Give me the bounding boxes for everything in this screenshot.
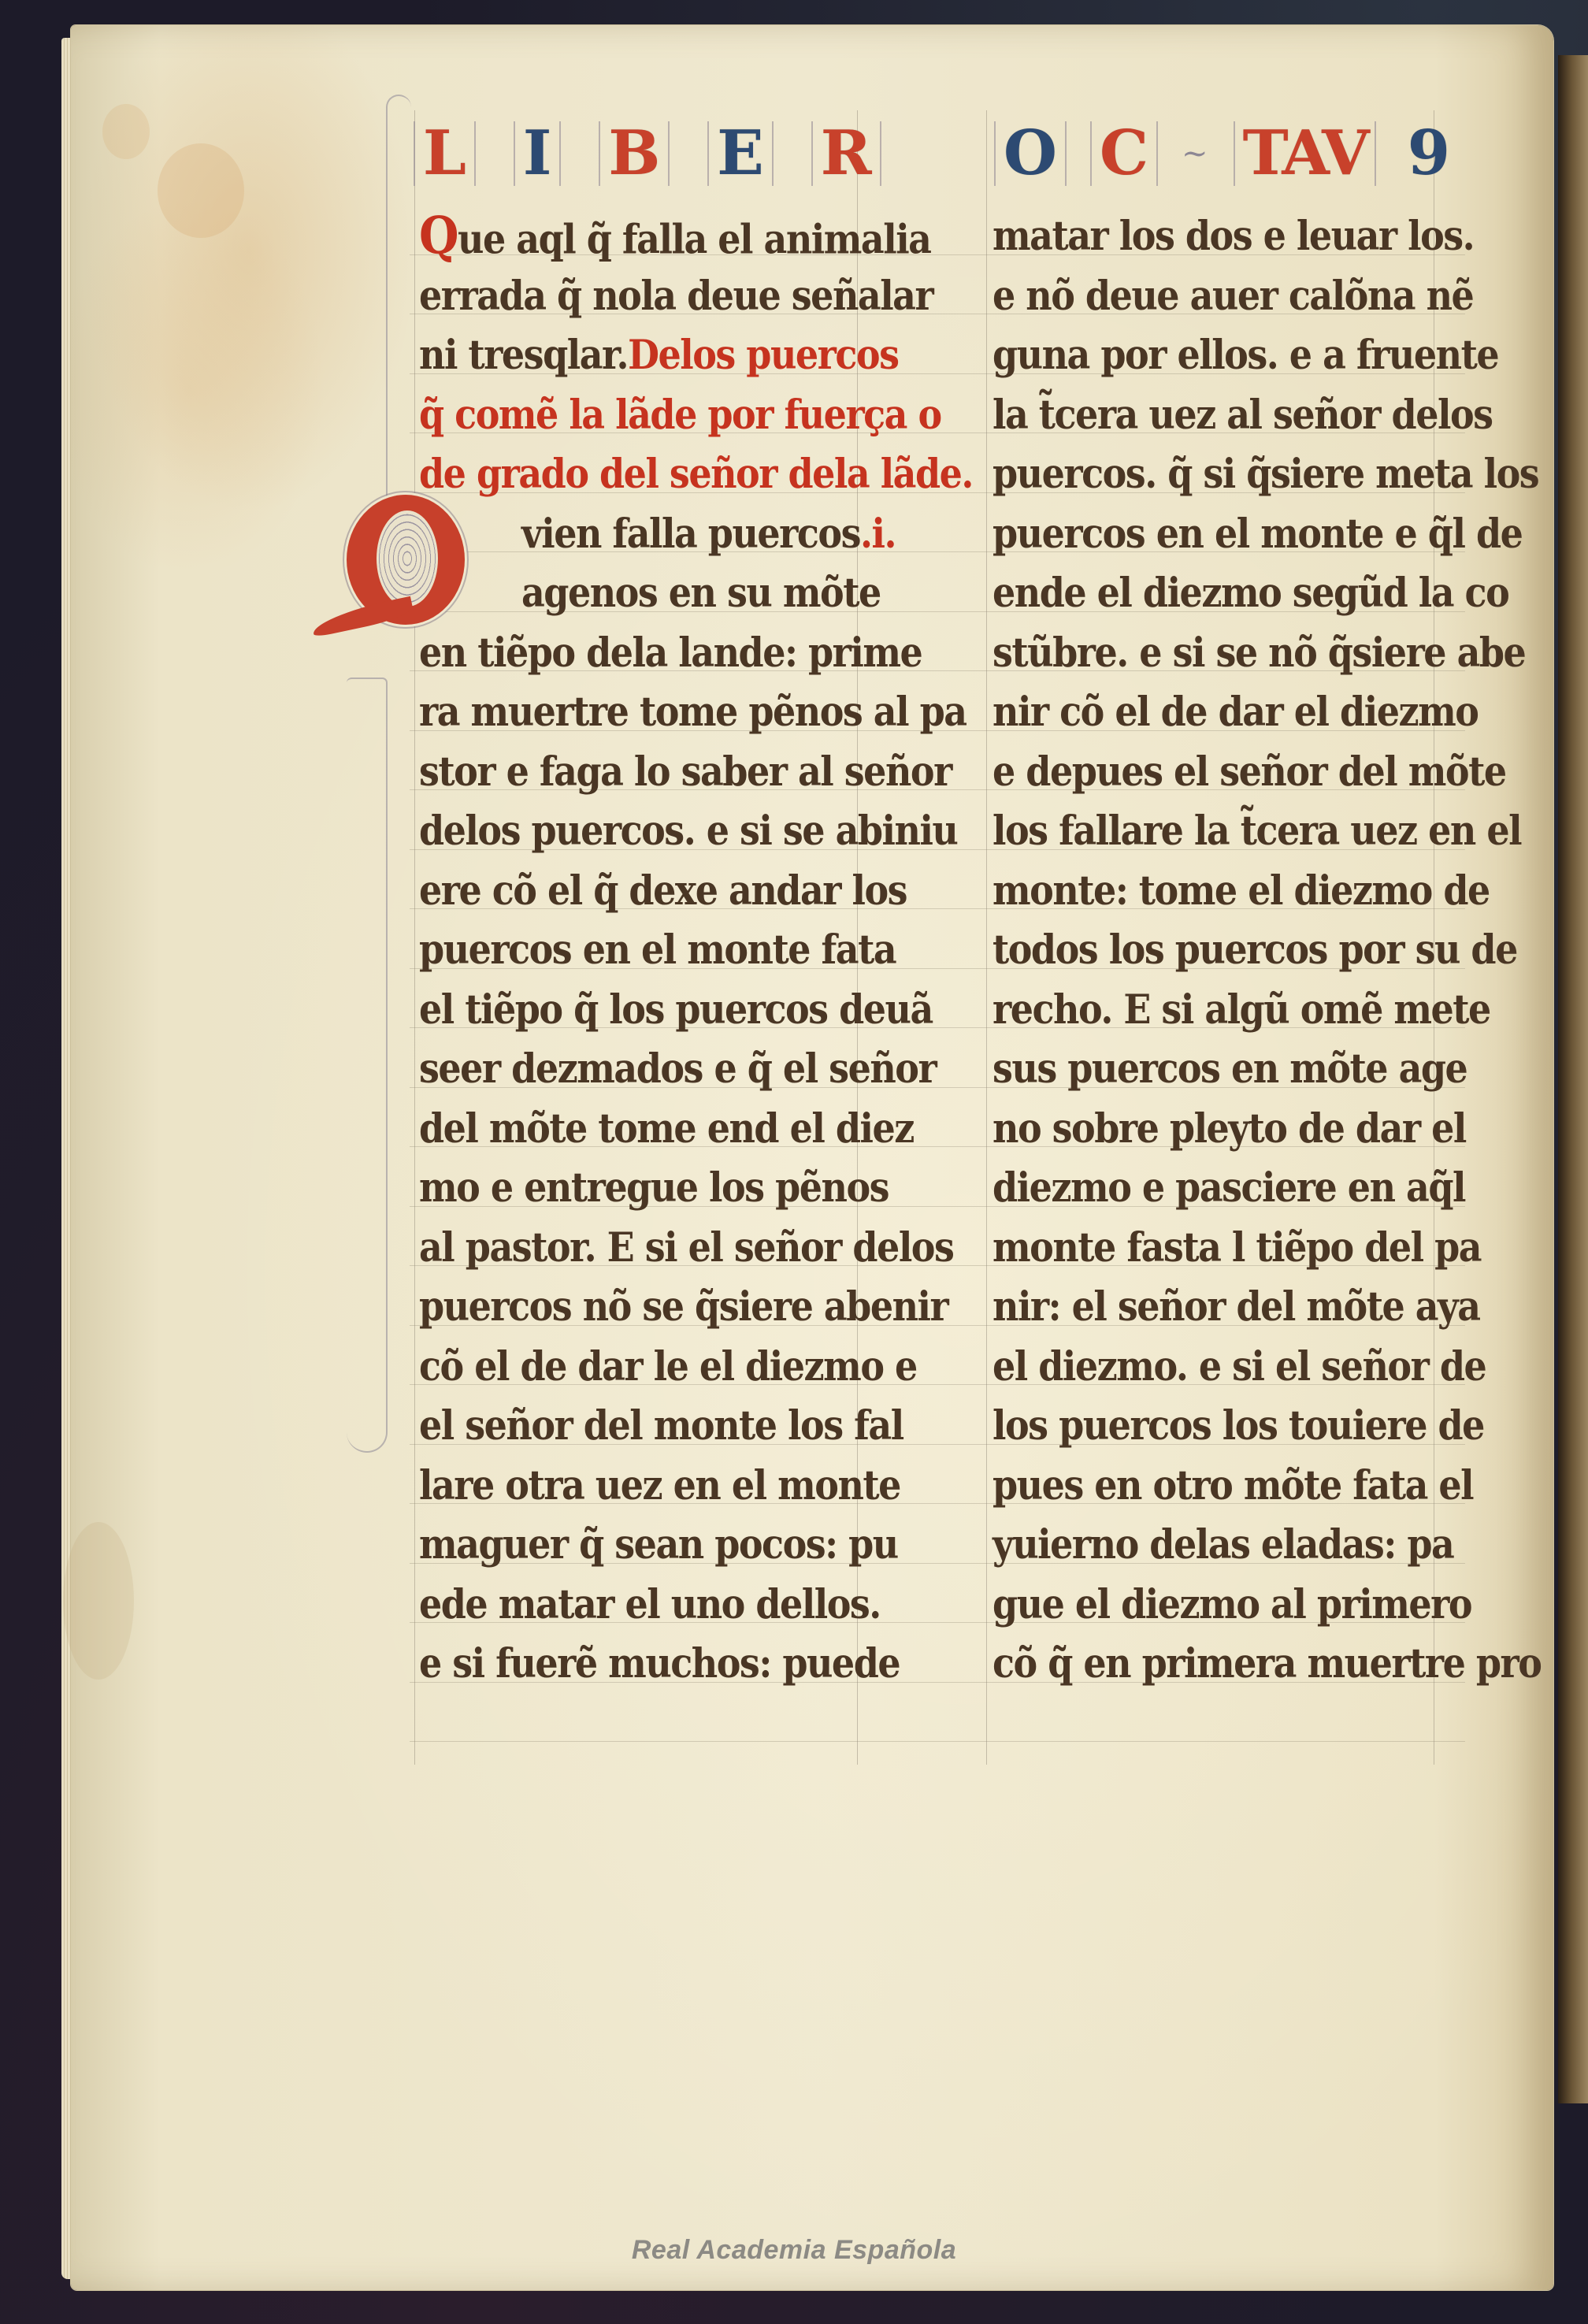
text-line: ere cõ el q̃ dexe andar los [419,857,973,924]
text-line: seer dezmados e q̃ el señor [419,1035,973,1102]
text-line: delos puercos. e si se abiniu [419,797,973,864]
text-line: el tiẽpo q̃ los puercos deuã [419,976,973,1043]
text-column-right: matar los dos e leuar los. e nõ deue aue… [992,206,1541,1694]
ruling-vertical [414,110,415,1765]
ruling-vertical [986,110,987,1765]
running-header-right: O C ~ TAV 9 [994,118,1458,189]
text-line: ede matar el uno dellos. [419,1571,973,1638]
rubric-heading: Delos puercos [628,331,898,378]
text-line: los fallare la t̃cera uez en el [992,797,1541,864]
text-line: puercos. q̃ si q̃siere meta los [992,440,1541,507]
text-line: cõ el de dar le el diezmo e [419,1333,973,1400]
text-line: el diezmo. e si el señor de [992,1333,1541,1400]
text-line: pues en otro mõte fata el [992,1452,1541,1519]
header-letter: R [811,121,881,186]
text-line: sus puercos en mõte age [992,1035,1541,1102]
header-letter: C [1090,121,1158,186]
text-line: yuierno delas eladas: pa [992,1511,1541,1578]
text-line: lare otra uez en el monte [419,1452,973,1519]
header-letter: O [994,121,1067,186]
text-line: del mõte tome end el diez [419,1095,973,1162]
line-text: vien falla puercos [521,509,860,556]
header-letter: I [514,121,562,186]
line-text-rest: ue aql q̃ falla el animalia [458,215,930,262]
stain [102,104,150,159]
text-line: e nõ deue auer calõna nẽ [992,262,1541,329]
text-line: al pastor. E si el señor delos [419,1214,973,1281]
text-column-left: QQue aql q̃ falla el animaliaue aql q̃ f… [419,206,973,1694]
header-letter: B [599,121,670,186]
text-line: ni tresqlar.Delos puercos [419,321,973,388]
text-line: cõ q̃ en primera muertre pro [992,1630,1541,1697]
text-line: guna por ellos. e a fruente [992,321,1541,388]
text-line: gue el diezmo al primero [992,1571,1541,1638]
rubric-initial: Q [419,206,458,265]
text-line: agenos en su mõte [419,559,973,626]
text-line: ra muertre tome pẽnos al pa [419,678,973,745]
header-letter: TAV [1234,121,1376,186]
text-line: el señor del monte los fal [419,1392,973,1459]
pen-flourish-top [386,95,411,539]
text-line: monte: tome el diezmo de [992,857,1541,924]
text-line: maguer q̃ sean pocos: pu [419,1511,973,1578]
text-line: ende el diezmo segũd la co [992,559,1541,626]
text-line: stũbre. e si se nõ q̃siere abe [992,619,1541,686]
stain [63,1522,134,1680]
rubric-chapter-number: .i. [860,509,896,556]
header-letter: L [414,121,476,186]
header-flourish: ~ [1182,136,1210,172]
text-line: stor e faga lo saber al señor [419,738,973,805]
text-line: nir cõ el de dar el diezmo [992,678,1541,745]
text-line: no sobre pleyto de dar el [992,1095,1541,1162]
running-header-left: L I B E R [414,118,881,189]
text-line: en tiẽpo dela lande: prime [419,619,973,686]
text-line: e si fuerẽ muchos: puede [419,1630,973,1697]
text-line: todos los puercos por su de [992,916,1541,983]
text-line: puercos en el monte fata [419,916,973,983]
pen-flourish-bottom [347,678,388,1453]
header-letter: E [707,121,773,186]
watermark: Real Academia Española [0,2235,1588,2266]
text-line: recho. E si algũ omẽ mete [992,976,1541,1043]
text-line: vien falla puercos.i. [419,500,973,567]
header-letter: 9 [1400,121,1458,186]
line-text: ni tresqlar. [419,331,628,378]
text-line: puercos en el monte e q̃l de [992,500,1541,567]
text-line: nir: el señor del mõte aya [992,1273,1541,1340]
text-line: la t̃cera uez al señor delos [992,381,1541,448]
facing-page-edge [1558,55,1588,2103]
text-line: QQue aql q̃ falla el animaliaue aql q̃ f… [419,202,973,269]
stain [158,143,244,238]
text-line: puercos nõ se q̃siere abenir [419,1273,973,1340]
text-line: monte fasta l tiẽpo del pa [992,1214,1541,1281]
text-line: los puercos los touiere de [992,1392,1541,1459]
text-line: diezmo e pasciere en aq̃l [992,1154,1541,1221]
text-line: mo e entregue los pẽnos [419,1154,973,1221]
text-line: matar los dos e leuar los. [992,202,1541,269]
ruling-horizontal [410,1741,1465,1742]
text-line: e depues el señor del mõte [992,738,1541,805]
rubric-line: q̃ comẽ la lãde por fuerça o [419,381,973,448]
text-line: errada q̃ nola deue señalar [419,262,973,329]
rubric-line: de grado del señor dela lãde. [419,440,973,507]
